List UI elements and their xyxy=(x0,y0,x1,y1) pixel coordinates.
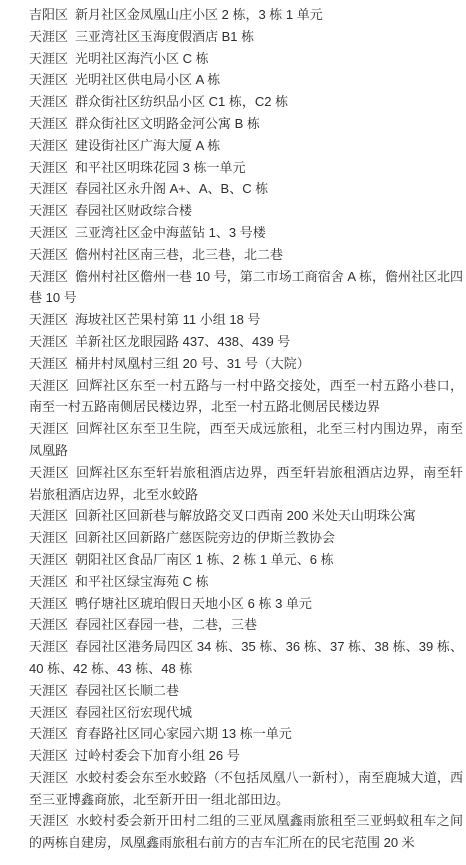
address-text: 回新社区回新路广慈医院旁边的伊斯兰教协会 xyxy=(75,530,335,545)
list-item: 天涯区回辉社区东至卫生院，西至天成远旅租，北至三村内围边界，南至凤凰路 xyxy=(29,418,463,462)
address-text: 和平社区明珠花园 3 栋一单元 xyxy=(75,160,245,175)
list-item: 天涯区光明社区供电局小区 A 栋 xyxy=(29,69,463,91)
district-label: 天涯区 xyxy=(29,94,68,109)
list-item: 天涯区桶井村凤凰村三组 20 号、31 号（大院） xyxy=(29,353,463,375)
district-label: 天涯区 xyxy=(29,51,68,66)
list-item: 天涯区春园社区财政综合楼 xyxy=(29,200,463,222)
address-text: 水蛟村委会东至水蛟路（不包括凤凰八一新村），南至鹿城大道，西至三亚博鑫商旅，北至… xyxy=(29,770,463,807)
address-text: 桶井村凤凰村三组 20 号、31 号（大院） xyxy=(75,356,310,371)
list-item: 天涯区育春路社区同心家园六期 13 栋一单元 xyxy=(29,723,463,745)
address-text: 新月社区金凤凰山庄小区 2 栋，3 栋 1 单元 xyxy=(75,7,323,22)
address-text: 鸭仔塘社区琥珀假日天地小区 6 栋 3 单元 xyxy=(75,596,312,611)
address-text: 春园社区春园一巷，二巷，三巷 xyxy=(75,617,257,632)
address-text: 海坡社区芒果村第 11 小组 18 号 xyxy=(75,312,260,327)
district-label: 天涯区 xyxy=(29,639,68,654)
district-label: 天涯区 xyxy=(29,72,68,87)
address-text: 水蛟村委会新开田村二组的三亚凤凰鑫雨旅租至三亚蚂蚁租车之间的两栋自建房，凤凰鑫雨… xyxy=(29,813,463,850)
address-text: 群众街社区文明路金河公寓 B 栋 xyxy=(75,116,260,131)
address-text: 羊新社区龙眼园路 437、438、439 号 xyxy=(75,334,290,349)
district-label: 天涯区 xyxy=(29,116,68,131)
district-label: 天涯区 xyxy=(29,312,68,327)
list-item: 天涯区儋州村社区南三巷，北三巷，北二巷 xyxy=(29,244,463,266)
list-item: 天涯区回辉社区东至轩岩旅租酒店边界，西至轩岩旅租酒店边界，南至轩岩旅租酒店边界，… xyxy=(29,462,463,506)
list-item: 天涯区三亚湾社区玉海度假酒店 B1 栋 xyxy=(29,26,463,48)
list-item: 天涯区春园社区长顺二巷 xyxy=(29,680,463,702)
list-item: 天涯区春园社区衍宏现代城 xyxy=(29,702,463,724)
address-text: 回辉社区东至一村五路与一村中路交接处，西至一村五路小巷口，南至一村五路南侧居民楼… xyxy=(29,378,463,415)
district-label: 天涯区 xyxy=(29,596,68,611)
district-label: 天涯区 xyxy=(29,770,68,785)
district-label: 天涯区 xyxy=(29,247,68,262)
district-label: 天涯区 xyxy=(29,552,68,567)
risk-area-list-page: 吉阳区新月社区金凤凰山庄小区 5 栋 2 单元，6 栋 1 单元，7 栋 3 单… xyxy=(0,0,466,865)
district-label: 天涯区 xyxy=(29,530,68,545)
district-label: 天涯区 xyxy=(29,160,68,175)
address-text: 育春路社区同心家园六期 13 栋一单元 xyxy=(75,726,292,741)
district-label: 天涯区 xyxy=(29,465,69,480)
list-item: 吉阳区新月社区金凤凰山庄小区 2 栋，3 栋 1 单元 xyxy=(29,4,463,26)
list-item: 天涯区和平社区绿宝海苑 C 栋 xyxy=(29,571,463,593)
district-label: 天涯区 xyxy=(29,269,68,284)
list-item: 天涯区春园社区港务局四区 34 栋、35 栋、36 栋、37 栋、38 栋、39… xyxy=(29,636,463,680)
address-text: 朝阳社区食品厂南区 1 栋、2 栋 1 单元、6 栋 xyxy=(75,552,334,567)
list-item: 天涯区朝阳社区食品厂南区 1 栋、2 栋 1 单元、6 栋 xyxy=(29,549,463,571)
list-item: 天涯区春园社区永升阁 A+、A、B、C 栋 xyxy=(29,178,463,200)
area-list: 吉阳区新月社区金凤凰山庄小区 2 栋，3 栋 1 单元天涯区三亚湾社区玉海度假酒… xyxy=(29,4,463,854)
list-item: 天涯区回辉社区东至一村五路与一村中路交接处，西至一村五路小巷口，南至一村五路南侧… xyxy=(29,375,463,419)
address-text: 光明社区海汽小区 C 栋 xyxy=(75,51,209,66)
district-label: 天涯区 xyxy=(29,421,69,436)
list-item: 天涯区群众街社区纺织品小区 C1 栋，C2 栋 xyxy=(29,91,463,113)
list-item: 天涯区水蛟村委会东至水蛟路（不包括凤凰八一新村），南至鹿城大道，西至三亚博鑫商旅… xyxy=(29,767,463,811)
list-item: 天涯区过岭村委会下加育小组 26 号 xyxy=(29,745,463,767)
address-text: 回新社区回新巷与解放路交叉口西南 200 米处天山明珠公寓 xyxy=(75,508,416,523)
list-item: 天涯区和平社区明珠花园 3 栋一单元 xyxy=(29,157,463,179)
list-item: 天涯区光明社区海汽小区 C 栋 xyxy=(29,48,463,70)
district-label: 天涯区 xyxy=(29,748,68,763)
list-item: 天涯区三亚湾社区金中海蓝钻 1、3 号楼 xyxy=(29,222,463,244)
list-item: 天涯区儋州村社区儋州一巷 10 号，第二市场工商宿舍 A 栋，儋州社区北四巷 1… xyxy=(29,266,463,310)
list-item: 天涯区海坡社区芒果村第 11 小组 18 号 xyxy=(29,309,463,331)
list-item: 天涯区羊新社区龙眼园路 437、438、439 号 xyxy=(29,331,463,353)
address-text: 建设街社区广海大厦 A 栋 xyxy=(75,138,220,153)
district-label: 天涯区 xyxy=(29,705,68,720)
address-text: 和平社区绿宝海苑 C 栋 xyxy=(75,574,209,589)
list-item: 天涯区建设街社区广海大厦 A 栋 xyxy=(29,135,463,157)
district-label: 天涯区 xyxy=(29,726,68,741)
district-label: 天涯区 xyxy=(29,617,68,632)
district-label: 天涯区 xyxy=(29,225,68,240)
address-text: 三亚湾社区金中海蓝钻 1、3 号楼 xyxy=(75,225,266,240)
district-label: 天涯区 xyxy=(29,203,68,218)
address-text: 春园社区财政综合楼 xyxy=(75,203,192,218)
district-label: 天涯区 xyxy=(29,356,68,371)
list-item: 天涯区群众街社区文明路金河公寓 B 栋 xyxy=(29,113,463,135)
address-text: 回辉社区东至轩岩旅租酒店边界，西至轩岩旅租酒店边界，南至轩岩旅租酒店边界，北至水… xyxy=(29,465,463,502)
district-label: 天涯区 xyxy=(29,138,68,153)
list-item: 天涯区回新社区回新路广慈医院旁边的伊斯兰教协会 xyxy=(29,527,463,549)
list-item: 天涯区鸭仔塘社区琥珀假日天地小区 6 栋 3 单元 xyxy=(29,593,463,615)
list-item: 天涯区春园社区春园一巷，二巷，三巷 xyxy=(29,614,463,636)
address-text: 三亚湾社区玉海度假酒店 B1 栋 xyxy=(75,29,254,44)
district-label: 天涯区 xyxy=(29,574,68,589)
district-label: 天涯区 xyxy=(29,508,68,523)
address-text: 春园社区衍宏现代城 xyxy=(75,705,192,720)
address-text: 回辉社区东至卫生院，西至天成远旅租，北至三村内围边界，南至凤凰路 xyxy=(29,421,463,458)
address-text: 春园社区长顺二巷 xyxy=(75,683,179,698)
district-label: 天涯区 xyxy=(29,813,69,828)
address-text: 群众街社区纺织品小区 C1 栋，C2 栋 xyxy=(75,94,288,109)
address-text: 光明社区供电局小区 A 栋 xyxy=(75,72,220,87)
list-item: 天涯区水蛟村委会新开田村二组的三亚凤凰鑫雨旅租至三亚蚂蚁租车之间的两栋自建房，凤… xyxy=(29,810,463,854)
district-label: 天涯区 xyxy=(29,378,69,393)
district-label: 天涯区 xyxy=(29,334,68,349)
address-text: 过岭村委会下加育小组 26 号 xyxy=(75,748,240,763)
district-label: 吉阳区 xyxy=(29,7,68,22)
district-label: 天涯区 xyxy=(29,181,68,196)
address-text: 春园社区永升阁 A+、A、B、C 栋 xyxy=(75,181,268,196)
address-text: 春园社区港务局四区 34 栋、35 栋、36 栋、37 栋、38 栋、39 栋、… xyxy=(29,639,463,676)
district-label: 天涯区 xyxy=(29,29,68,44)
list-item: 天涯区回新社区回新巷与解放路交叉口西南 200 米处天山明珠公寓 xyxy=(29,505,463,527)
district-label: 天涯区 xyxy=(29,683,68,698)
address-text: 儋州村社区儋州一巷 10 号，第二市场工商宿舍 A 栋，儋州社区北四巷 10 号 xyxy=(29,269,463,306)
address-text: 儋州村社区南三巷，北三巷，北二巷 xyxy=(75,247,283,262)
